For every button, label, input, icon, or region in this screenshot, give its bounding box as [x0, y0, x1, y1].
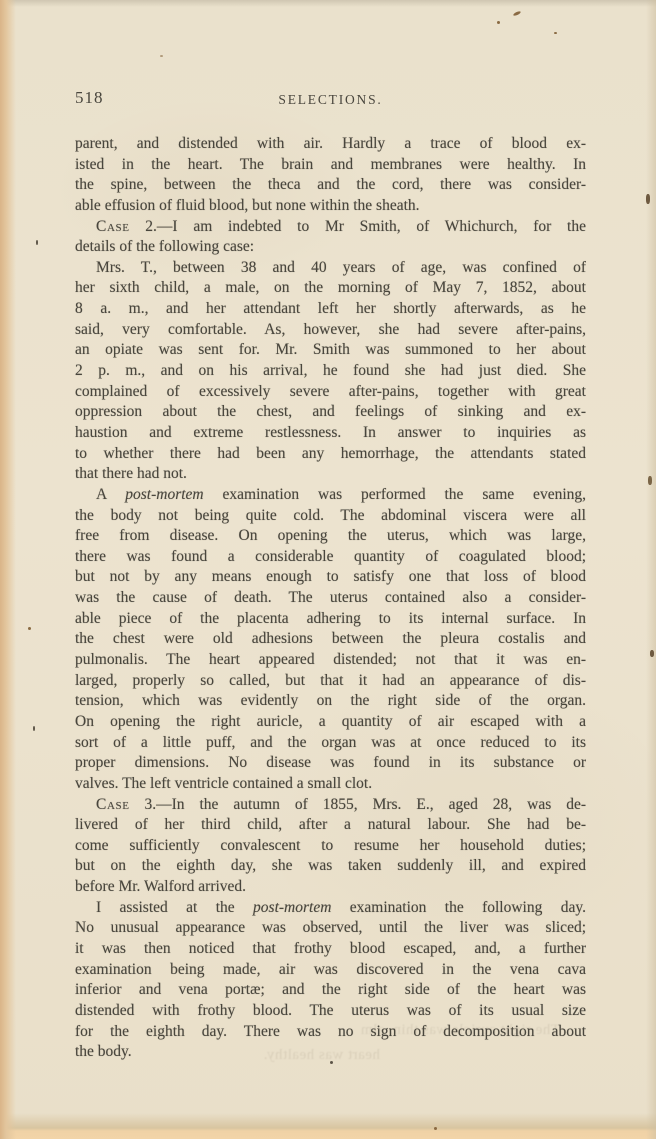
paper-speck	[434, 1127, 437, 1130]
text-line: proper dimensions. No disease was found …	[75, 753, 586, 774]
paper-speck	[28, 627, 31, 630]
text-line: tension, which was evidently on the righ…	[75, 691, 586, 712]
paragraph: A post-mortem examination was performed …	[75, 485, 586, 795]
text-line: Case 2.—I am indebted to Mr Smith, of Wh…	[75, 217, 586, 238]
text-line: inferior and vena portæ; and the right s…	[75, 980, 586, 1001]
text-line: the chest were old adhesions between the…	[75, 629, 586, 650]
text-line: the body not being quite cold. The abdom…	[75, 506, 586, 527]
text-line: isted in the heart. The brain and membra…	[75, 155, 586, 176]
text-line: complained of excessively severe after-p…	[75, 382, 586, 403]
text-line: free from disease. On opening the uterus…	[75, 526, 586, 547]
paper-speck	[554, 32, 557, 34]
paragraph: Mrs. T., between 38 and 40 years of age,…	[75, 258, 586, 485]
text-line: Mrs. T., between 38 and 40 years of age,…	[75, 258, 586, 279]
paper-speck	[650, 650, 654, 657]
text-line: an opiate was sent for. Mr. Smith was su…	[75, 340, 586, 361]
text-line: pulmonalis. The heart appeared distended…	[75, 650, 586, 671]
text-line: On opening the right auricle, a quantity…	[75, 712, 586, 733]
running-header: SELECTIONS.	[75, 92, 586, 108]
page-body: parent, and distended with air. Hardly a…	[75, 134, 586, 1063]
text-line: able effusion of fluid blood, but none w…	[75, 196, 586, 217]
paper-speck	[513, 10, 522, 16]
text-line: I assisted at the post-mortem examinatio…	[75, 898, 586, 919]
scanned-book-page: 518 SELECTIONS. The right auricle was th…	[0, 0, 656, 1139]
text-line: the body.	[75, 1042, 586, 1063]
paragraph: parent, and distended with air. Hardly a…	[75, 134, 586, 217]
text-line: No unusual appearance was observed, unti…	[75, 918, 586, 939]
text-line: oppression about the chest, and feelings…	[75, 402, 586, 423]
text-line: 8 a. m., and her attendant left her shor…	[75, 299, 586, 320]
paper-speck	[36, 240, 38, 245]
text-line: details of the following case:	[75, 237, 586, 258]
paper-speck	[160, 55, 163, 57]
paper-speck	[330, 1061, 333, 1064]
text-line: but on the eighth day, she was taken sud…	[75, 856, 586, 877]
paper-speck	[648, 476, 652, 485]
paragraph: Case 2.—I am indebted to Mr Smith, of Wh…	[75, 217, 586, 258]
text-line: but not by any means enough to satisfy o…	[75, 567, 586, 588]
paper-speck	[33, 726, 35, 731]
text-line: A post-mortem examination was performed …	[75, 485, 586, 506]
text-line: it was then noticed that frothy blood es…	[75, 939, 586, 960]
text-line: that there had not.	[75, 464, 586, 485]
text-line: there was found a considerable quantity …	[75, 547, 586, 568]
text-line: Case 3.—In the autumn of 1855, Mrs. E., …	[75, 795, 586, 816]
paragraph: Case 3.—In the autumn of 1855, Mrs. E., …	[75, 795, 586, 898]
text-line: before Mr. Walford arrived.	[75, 877, 586, 898]
paper-speck	[646, 194, 650, 204]
text-line: able piece of the placenta adhering to i…	[75, 609, 586, 630]
text-line: come sufficiently convalescent to resume…	[75, 836, 586, 857]
text-line: haustion and extreme restlessness. In an…	[75, 423, 586, 444]
text-line: 2 p. m., and on his arrival, he found sh…	[75, 361, 586, 382]
text-line: examination being made, air was discover…	[75, 960, 586, 981]
text-line: said, very comfortable. As, however, she…	[75, 320, 586, 341]
text-line: livered of her third child, after a natu…	[75, 815, 586, 836]
text-line: valves. The left ventricle contained a s…	[75, 774, 586, 795]
paragraph: I assisted at the post-mortem examinatio…	[75, 898, 586, 1063]
text-line: distended with frothy blood. The uterus …	[75, 1001, 586, 1022]
text-line: her sixth child, a male, on the morning …	[75, 278, 586, 299]
text-line: the spine, between the theca and the cor…	[75, 175, 586, 196]
text-line: larged, properly so called, but that it …	[75, 671, 586, 692]
paper-speck	[497, 21, 500, 24]
text-line: was the cause of death. The uterus conta…	[75, 588, 586, 609]
text-line: parent, and distended with air. Hardly a…	[75, 134, 586, 155]
text-line: for the eighth day. There was no sign of…	[75, 1022, 586, 1043]
text-line: sort of a little puff, and the organ was…	[75, 733, 586, 754]
text-line: to whether there had been any hemorrhage…	[75, 444, 586, 465]
